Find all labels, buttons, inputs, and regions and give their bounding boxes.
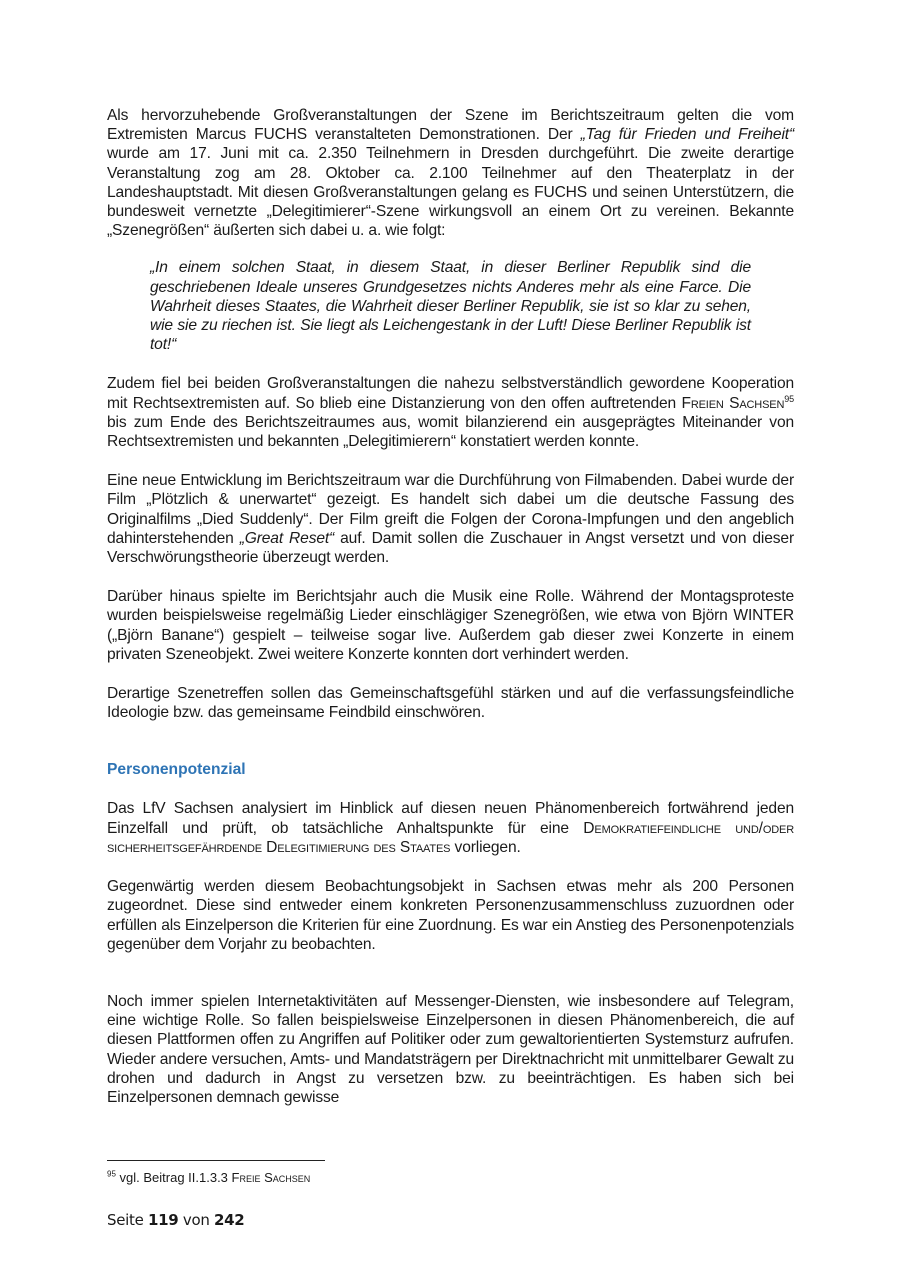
footnote-text: vgl. Beitrag II.1.3.3 — [116, 1170, 232, 1185]
page-prefix: Seite — [107, 1211, 148, 1229]
event-title: „Tag für Frieden und Freiheit“ — [581, 126, 794, 143]
organization-name: Freien Sachsen — [681, 395, 784, 412]
total-pages: 242 — [214, 1211, 244, 1229]
footnote-number: 95 — [107, 1170, 116, 1179]
text-run: vorliegen. — [450, 839, 520, 856]
document-page: Als hervorzuhebende Großveranstaltungen … — [107, 106, 794, 1107]
block-quote: „In einem solchen Staat, in diesem Staat… — [150, 258, 751, 354]
paragraph-person-count: Gegenwärtig werden diesem Beobachtungsob… — [107, 877, 794, 954]
page-separator: von — [178, 1211, 214, 1229]
current-page: 119 — [148, 1211, 178, 1229]
footnote: 95 vgl. Beitrag II.1.3.3 Freie Sachsen — [107, 1170, 310, 1185]
paragraph-internet-activity: Noch immer spielen Internetaktivitäten a… — [107, 992, 794, 1107]
paragraph-events: Als hervorzuhebende Großveranstaltungen … — [107, 106, 794, 240]
paragraph-music: Darüber hinaus spielte im Berichtsjahr a… — [107, 587, 794, 664]
paragraph-analysis: Das LfV Sachsen analysiert im Hinblick a… — [107, 799, 794, 857]
term-italic: „Great Reset“ — [240, 530, 334, 547]
text-run: bis zum Ende des Berichtszeitraumes aus,… — [107, 414, 794, 450]
paragraph-scene-meetings: Derartige Szenetreffen sollen das Gemein… — [107, 684, 794, 722]
page-number: Seite 119 von 242 — [107, 1211, 244, 1229]
text-run: wurde am 17. Juni mit ca. 2.350 Teilnehm… — [107, 145, 794, 239]
footnote-divider — [107, 1160, 325, 1161]
footnote-reference[interactable]: 95 — [784, 393, 794, 403]
paragraph-film-evenings: Eine neue Entwicklung im Berichtszeitrau… — [107, 471, 794, 567]
section-heading: Personenpotenzial — [107, 760, 794, 779]
paragraph-cooperation: Zudem fiel bei beiden Großveranstaltunge… — [107, 374, 794, 451]
footnote-organization: Freie Sachsen — [232, 1170, 311, 1185]
